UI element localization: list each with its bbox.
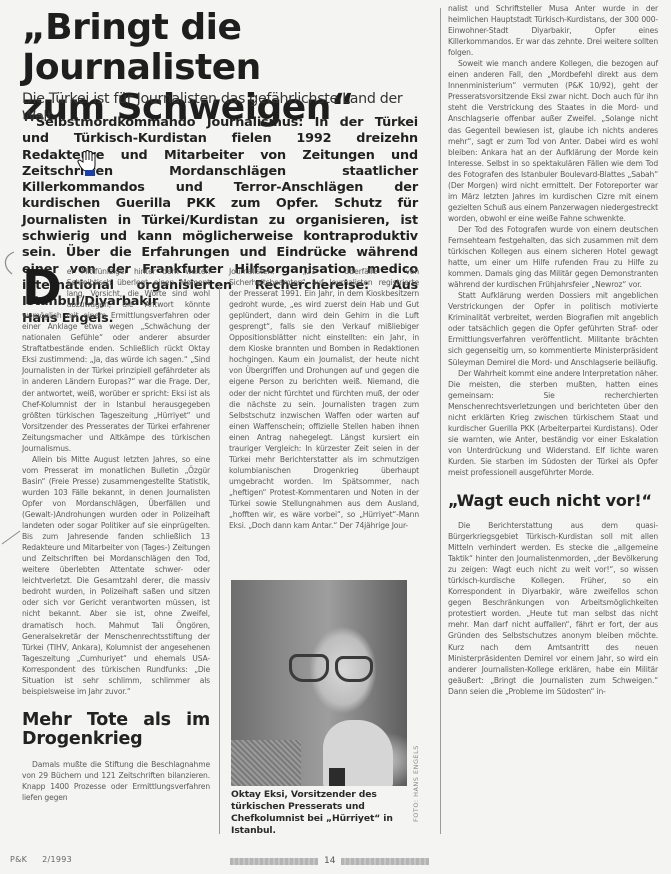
paragraph: Journalisten. „21 Überfälle von Sicherhe… bbox=[229, 266, 419, 531]
paragraph: Damals mußte die Stiftung die Beschlagna… bbox=[22, 759, 210, 803]
photo-glasses-lens bbox=[335, 656, 373, 682]
paragraph: nalist und Schriftsteller Musa Anter wur… bbox=[448, 3, 658, 58]
photo-tie bbox=[329, 768, 345, 786]
magazine-page: „Bringt die Journalisten zum Schweigen“ … bbox=[0, 0, 671, 874]
footer-publication: P&K 2/1993 bbox=[10, 855, 84, 864]
paragraph: Soweit wie manch andere Kollegen, die be… bbox=[448, 58, 658, 224]
issue-number: 2/1993 bbox=[42, 855, 72, 864]
section-heading-drogenkrieg: Mehr Tote als im Drogenkrieg bbox=[22, 711, 210, 749]
hand-pointer-cursor-icon bbox=[77, 150, 99, 176]
decorative-bar bbox=[341, 858, 429, 865]
paragraph: Der Wahrheit kommt eine andere Interpret… bbox=[448, 368, 658, 478]
headline-line-1: „Bringt die Journalisten bbox=[22, 7, 261, 88]
margin-scribble-icon bbox=[0, 528, 22, 546]
paragraph: Allein bis Mitte August letzten Jahres, … bbox=[22, 454, 210, 697]
column-divider-right bbox=[440, 8, 441, 834]
paragraph: Statt Aufklärung werden Dossiers mit ang… bbox=[448, 290, 658, 367]
column-divider-left bbox=[219, 284, 220, 834]
text-column-middle: Journalisten. „21 Überfälle von Sicherhe… bbox=[229, 266, 419, 531]
paragraph: Der Tod des Fotografen wurde von einem d… bbox=[448, 224, 658, 290]
paragraph: Die Berichterstattung aus dem quasi-Bürg… bbox=[448, 520, 658, 697]
photo-caption: Oktay Eksi, Vorsitzender des türkischen … bbox=[231, 789, 431, 837]
page-number: 14 bbox=[324, 856, 335, 866]
portrait-photo bbox=[231, 580, 407, 786]
publication-name: P&K bbox=[10, 855, 27, 864]
photo-glasses-lens bbox=[289, 654, 329, 682]
page-number-bar: 14 bbox=[230, 856, 429, 866]
paragraph: D er Mittfünfziger hinter dem weiten Sch… bbox=[22, 266, 210, 454]
section-heading-wagt-euch: „Wagt euch nicht vor!“ bbox=[448, 492, 658, 510]
text-column-right: nalist und Schriftsteller Musa Anter wur… bbox=[448, 3, 658, 697]
decorative-bar bbox=[230, 858, 318, 865]
drop-cap: D bbox=[22, 268, 62, 306]
text-column-left: D er Mittfünfziger hinter dem weiten Sch… bbox=[22, 266, 210, 803]
photo-collar bbox=[231, 740, 301, 786]
margin-scribble-icon bbox=[0, 250, 20, 280]
